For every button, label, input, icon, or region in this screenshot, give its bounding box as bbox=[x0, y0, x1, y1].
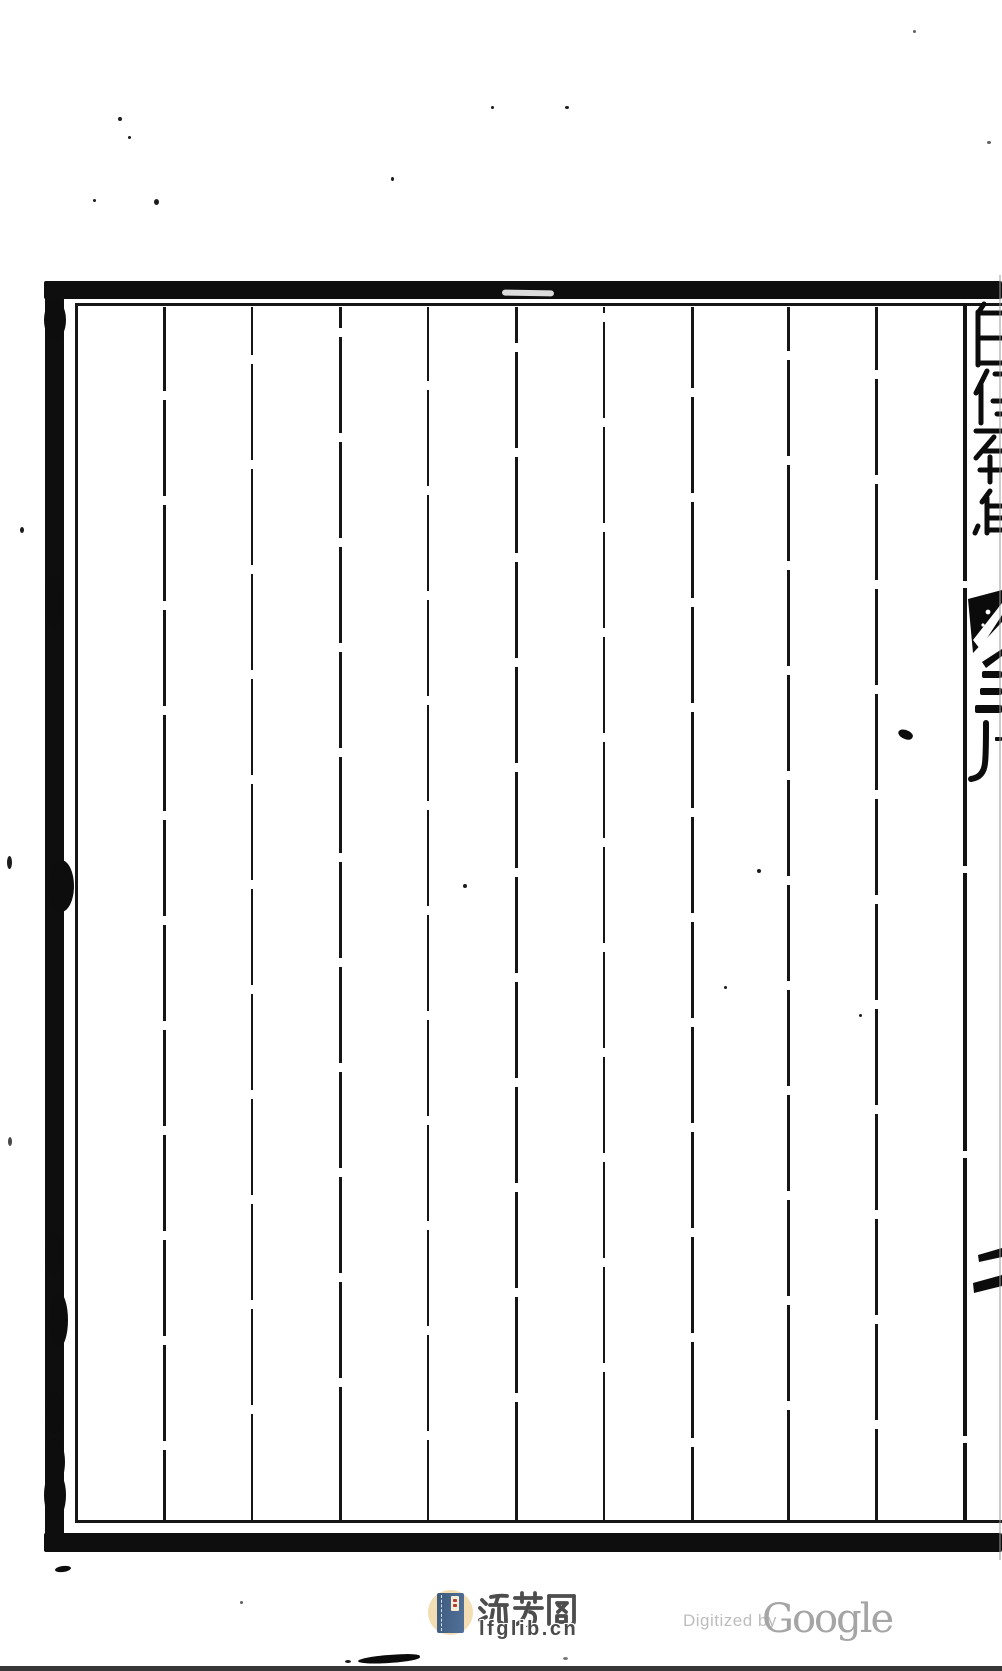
ink-speck bbox=[345, 1660, 351, 1663]
book-label-mark bbox=[453, 1599, 457, 1602]
book-icon bbox=[437, 1593, 464, 1633]
ink-speck bbox=[565, 106, 569, 109]
ink-blob bbox=[48, 860, 74, 912]
frame-border-left bbox=[45, 281, 64, 1552]
column-rule bbox=[875, 307, 878, 1520]
ink-speck bbox=[724, 986, 727, 989]
ink-blob bbox=[46, 574, 62, 628]
column-rule bbox=[163, 307, 166, 1520]
column-rule bbox=[787, 307, 790, 1520]
watermark-badge bbox=[428, 1590, 473, 1635]
ink-speck bbox=[240, 1601, 243, 1604]
ink-speck bbox=[7, 856, 12, 869]
scan-edge-line bbox=[999, 275, 1001, 1560]
ink-blob bbox=[55, 1565, 72, 1573]
ink-speck bbox=[93, 199, 96, 202]
page-number-glyph bbox=[973, 1248, 1002, 1293]
ink-speck bbox=[463, 884, 467, 888]
ink-blob bbox=[44, 1470, 66, 1520]
ink-speck bbox=[154, 199, 159, 205]
ink-blob bbox=[44, 300, 66, 340]
ink-speck bbox=[20, 527, 24, 533]
column-rule bbox=[603, 307, 605, 1520]
ink-blob bbox=[897, 727, 914, 742]
ink-speck bbox=[913, 30, 916, 33]
ink-speck bbox=[391, 177, 394, 181]
ink-blob bbox=[46, 1232, 62, 1278]
column-rule bbox=[691, 307, 694, 1520]
frame-border-bottom bbox=[44, 1533, 1002, 1552]
google-logo: Google bbox=[762, 1596, 892, 1642]
ink-blob bbox=[47, 1392, 64, 1434]
watermark-site-url: lfglib.cn bbox=[479, 1618, 578, 1641]
column-rule bbox=[427, 307, 429, 1520]
folio-title-glyphs bbox=[975, 304, 1002, 533]
ink-speck bbox=[987, 141, 991, 144]
ink-speck bbox=[859, 1014, 862, 1017]
folio-strip bbox=[940, 281, 1002, 1551]
ink-speck bbox=[8, 1137, 12, 1146]
column-rule bbox=[339, 307, 342, 1520]
ink-speck bbox=[491, 106, 494, 109]
frame-inner-line-top bbox=[75, 303, 1002, 306]
ink-speck bbox=[118, 117, 122, 121]
book-stitch-line bbox=[441, 1595, 442, 1631]
column-rule bbox=[515, 307, 518, 1520]
column-rule bbox=[251, 307, 253, 1520]
frame-inner-line-bottom bbox=[75, 1520, 1002, 1523]
book-label-mark bbox=[453, 1604, 457, 1607]
ink-speck bbox=[128, 136, 131, 139]
ink-blob bbox=[49, 1292, 68, 1348]
ink-speck bbox=[563, 1657, 568, 1660]
chapter-glyphs bbox=[971, 671, 1002, 779]
fishtail-icon bbox=[968, 590, 1002, 668]
border-wear-nick bbox=[502, 290, 554, 297]
scan-bottom-strip bbox=[0, 1666, 1002, 1671]
book-title-label bbox=[451, 1596, 459, 1611]
scanned-book-page: lfglib.cn Digitized by Google bbox=[0, 0, 1002, 1671]
frame-inner-line-left bbox=[75, 303, 78, 1523]
ink-speck bbox=[757, 869, 761, 873]
ink-smear bbox=[358, 1653, 420, 1665]
